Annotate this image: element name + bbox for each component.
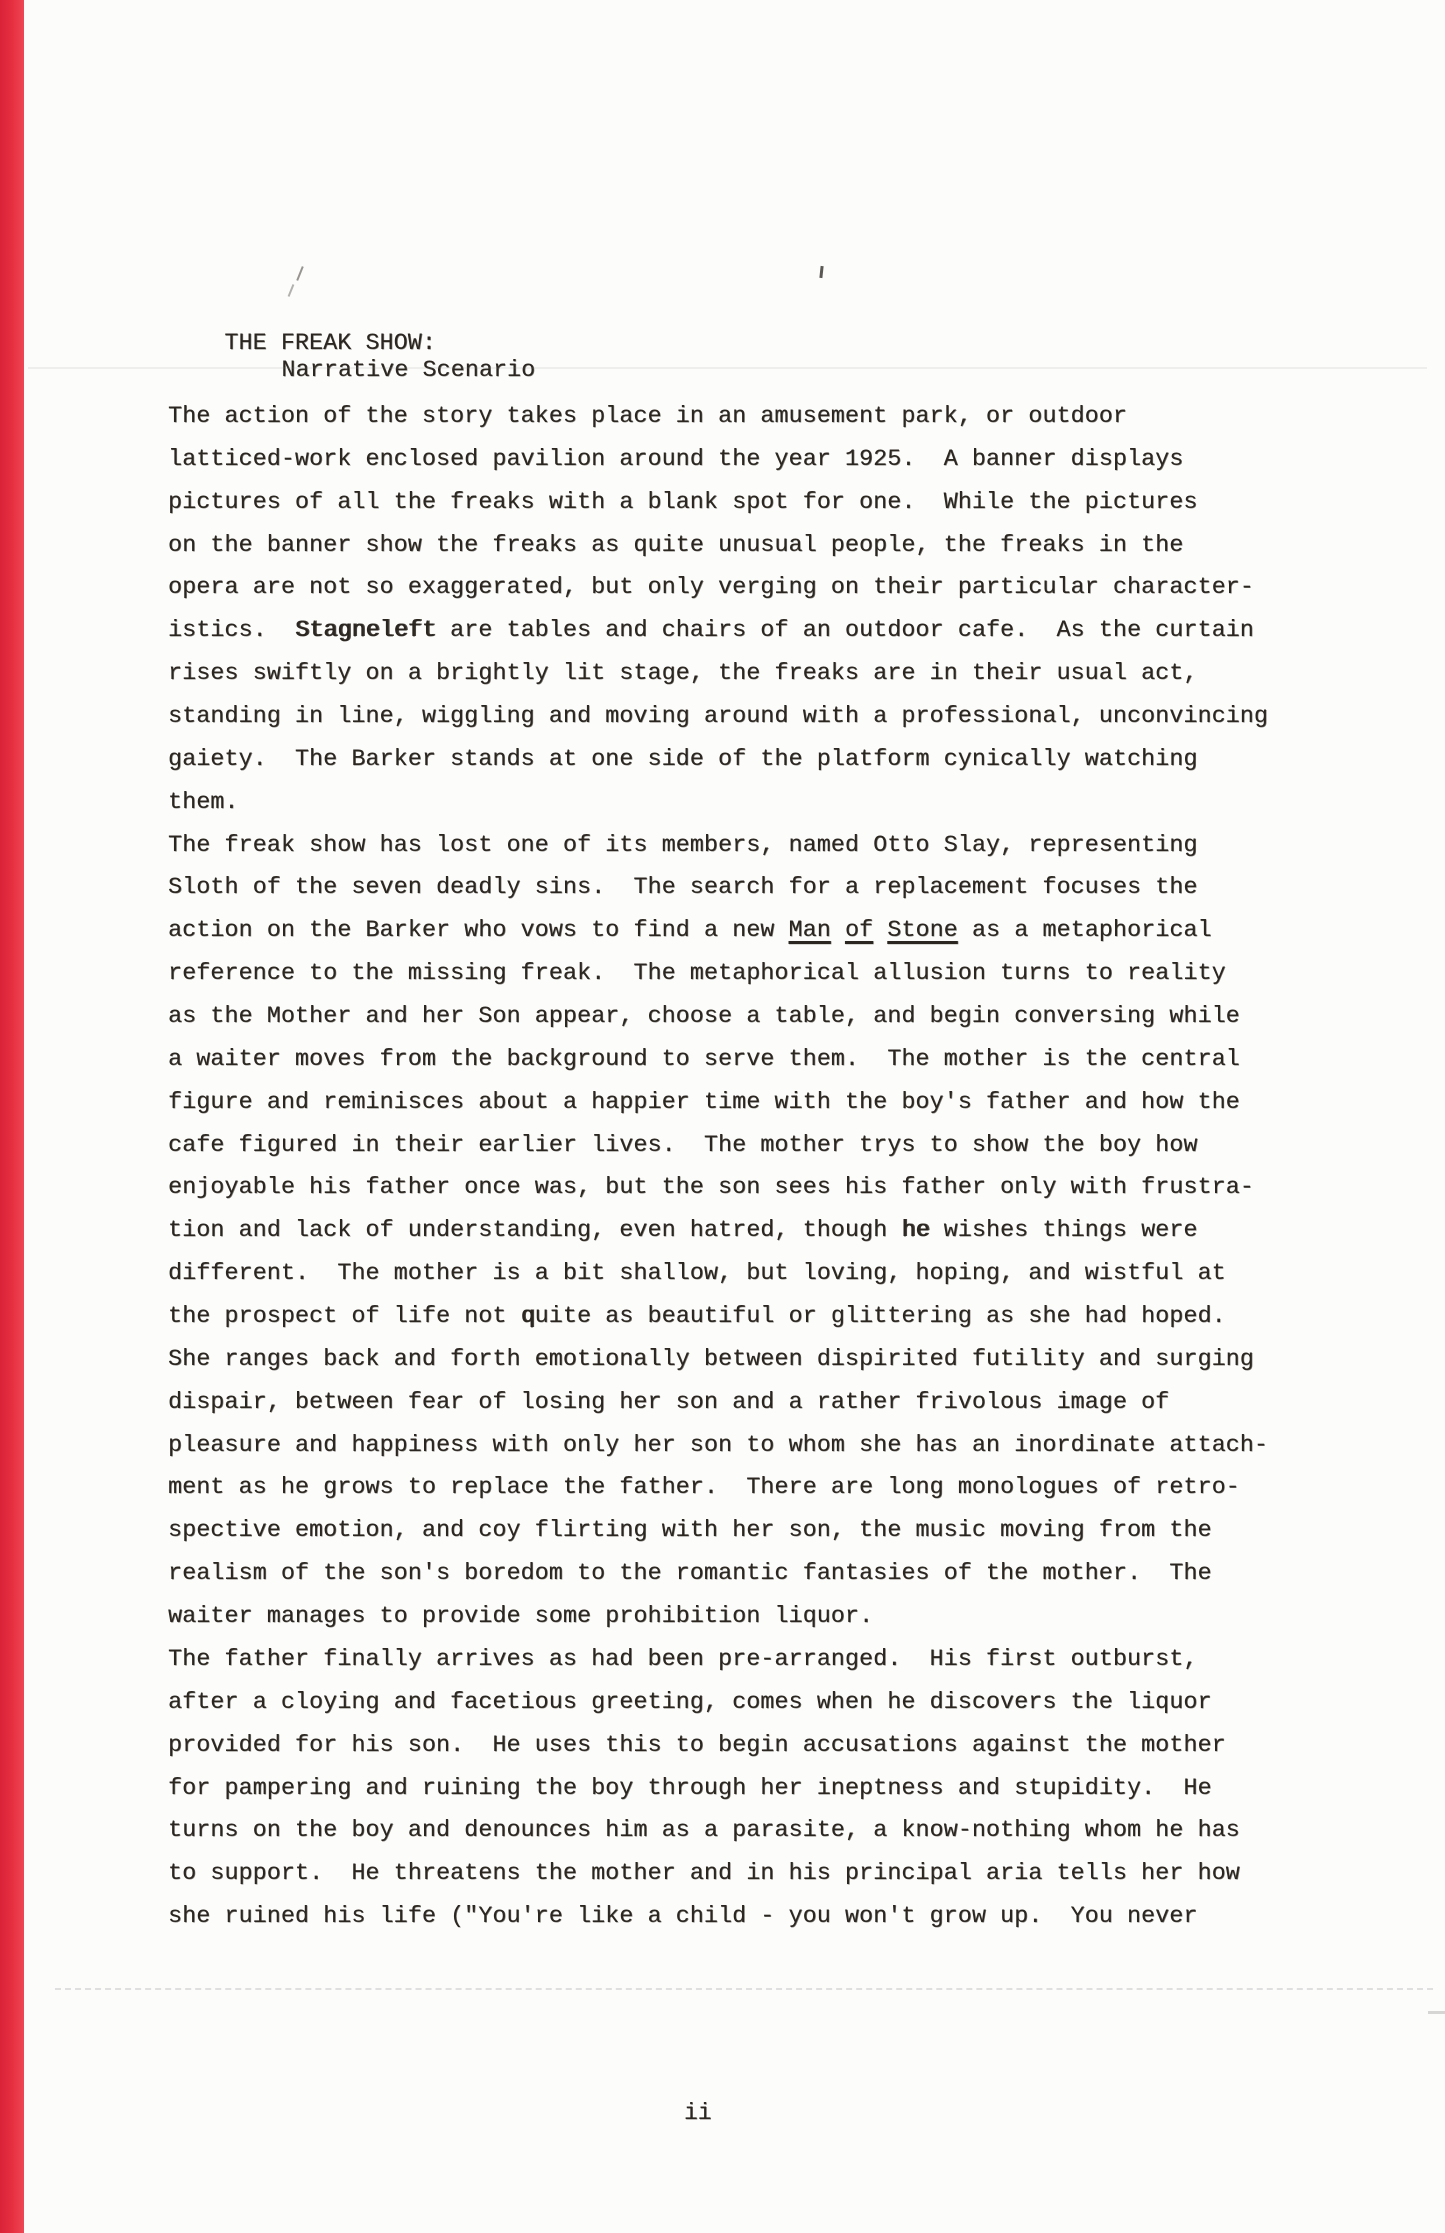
underlined-text: Man — [789, 917, 831, 944]
scan-mark-artifact — [819, 266, 823, 278]
text-segment: spective emotion, and coy flirting with … — [168, 1517, 1212, 1544]
scan-edge-strip — [0, 0, 24, 2233]
text-segment: wishes things were — [930, 1217, 1198, 1244]
text-line: for pampering and ruining the boy throug… — [168, 1768, 1328, 1811]
text-line: on the banner show the freaks as quite u… — [168, 525, 1328, 568]
text-segment: pictures of all the freaks with a blank … — [168, 489, 1197, 516]
text-line: provided for his son. He uses this to be… — [168, 1725, 1328, 1768]
text-segment: the prospect of life not — [168, 1303, 521, 1330]
text-line: realism of the son's boredom to the roma… — [168, 1553, 1328, 1596]
text-segment — [831, 917, 845, 944]
text-segment: standing in line, wiggling and moving ar… — [168, 703, 1268, 730]
scan-mark-artifact — [288, 284, 295, 297]
page-number: ii — [684, 2100, 712, 2126]
text-segment: turns on the boy and denounces him as a … — [168, 1817, 1240, 1844]
scan-dash-artifact — [1428, 2011, 1445, 2014]
text-segment: uite as beautiful or glittering as she h… — [535, 1303, 1226, 1330]
text-segment: action on the Barker who vows to find a … — [168, 917, 789, 944]
text-line: waiter manages to provide some prohibiti… — [168, 1596, 1328, 1639]
text-line: figure and reminisces about a happier ti… — [168, 1082, 1328, 1125]
text-segment: dispair, between fear of losing her son … — [168, 1389, 1169, 1416]
text-segment: rises swiftly on a brightly lit stage, t… — [168, 660, 1197, 687]
underlined-text: of — [845, 917, 873, 944]
scan-dashed-line-artifact — [55, 1988, 1433, 1990]
text-line: as the Mother and her Son appear, choose… — [168, 996, 1328, 1039]
text-segment: as the Mother and her Son appear, choose… — [168, 1003, 1240, 1030]
text-line: them. — [168, 782, 1328, 825]
text-line: pleasure and happiness with only her son… — [168, 1425, 1328, 1468]
title-heading: THE FREAK SHOW: — [224, 330, 436, 357]
page-title: THE FREAK SHOW: Narrative Scenario — [168, 303, 535, 411]
text-segment: latticed-work enclosed pavilion around t… — [168, 446, 1183, 473]
text-segment: she ruined his life ("You're like a chil… — [168, 1903, 1197, 1930]
text-line: She ranges back and forth emotionally be… — [168, 1339, 1328, 1382]
text-line: The father finally arrives as had been p… — [168, 1639, 1328, 1682]
text-line: dispair, between fear of losing her son … — [168, 1382, 1328, 1425]
text-line: cafe figured in their earlier lives. The… — [168, 1125, 1328, 1168]
text-line: ment as he grows to replace the father. … — [168, 1467, 1328, 1510]
text-line: enjoyable his father once was, but the s… — [168, 1167, 1328, 1210]
text-line: action on the Barker who vows to find a … — [168, 910, 1328, 953]
underlined-text: Stone — [887, 917, 958, 944]
text-line: rises swiftly on a brightly lit stage, t… — [168, 653, 1328, 696]
text-line: spective emotion, and coy flirting with … — [168, 1510, 1328, 1553]
text-segment: The father finally arrives as had been p… — [168, 1646, 1197, 1673]
text-segment: them. — [168, 789, 239, 816]
text-line: different. The mother is a bit shallow, … — [168, 1253, 1328, 1296]
text-segment: opera are not so exaggerated, but only v… — [168, 574, 1254, 601]
text-line: to support. He threatens the mother and … — [168, 1853, 1328, 1896]
text-segment — [873, 917, 887, 944]
text-line: gaiety. The Barker stands at one side of… — [168, 739, 1328, 782]
overtyped-text: q — [521, 1303, 535, 1330]
text-line: pictures of all the freaks with a blank … — [168, 482, 1328, 525]
overtyped-text: Stagneleft — [295, 617, 436, 644]
overtyped-text: he — [901, 1217, 929, 1244]
text-line: after a cloying and facetious greeting, … — [168, 1682, 1328, 1725]
text-segment: to support. He threatens the mother and … — [168, 1860, 1240, 1887]
text-segment: The freak show has lost one of its membe… — [168, 832, 1197, 859]
text-line: she ruined his life ("You're like a chil… — [168, 1896, 1328, 1939]
text-line: reference to the missing freak. The meta… — [168, 953, 1328, 996]
text-line: latticed-work enclosed pavilion around t… — [168, 439, 1328, 482]
text-line: The action of the story takes place in a… — [168, 396, 1328, 439]
text-line: Sloth of the seven deadly sins. The sear… — [168, 867, 1328, 910]
text-segment: tion and lack of understanding, even hat… — [168, 1217, 901, 1244]
text-segment: after a cloying and facetious greeting, … — [168, 1689, 1212, 1716]
text-line: tion and lack of understanding, even hat… — [168, 1210, 1328, 1253]
document-body: The action of the story takes place in a… — [168, 396, 1328, 1939]
text-segment: as a metaphorical — [958, 917, 1212, 944]
text-segment: reference to the missing freak. The meta… — [168, 960, 1226, 987]
text-line: istics. Stagneleft are tables and chairs… — [168, 610, 1328, 653]
scan-mark-artifact — [296, 266, 303, 281]
text-segment: are tables and chairs of an outdoor cafe… — [436, 617, 1254, 644]
text-line: opera are not so exaggerated, but only v… — [168, 567, 1328, 610]
text-segment: ment as he grows to replace the father. … — [168, 1474, 1240, 1501]
text-segment: She ranges back and forth emotionally be… — [168, 1346, 1254, 1373]
text-segment: on the banner show the freaks as quite u… — [168, 532, 1183, 559]
text-segment: different. The mother is a bit shallow, … — [168, 1260, 1226, 1287]
text-segment: waiter manages to provide some prohibiti… — [168, 1603, 873, 1630]
text-segment: The action of the story takes place in a… — [168, 403, 1127, 430]
text-line: the prospect of life not quite as beauti… — [168, 1296, 1328, 1339]
text-segment: cafe figured in their earlier lives. The… — [168, 1132, 1197, 1159]
text-segment: pleasure and happiness with only her son… — [168, 1432, 1268, 1459]
text-line: standing in line, wiggling and moving ar… — [168, 696, 1328, 739]
document-page: THE FREAK SHOW: Narrative Scenario The a… — [0, 0, 1445, 2233]
text-segment: istics. — [168, 617, 295, 644]
title-subtitle: Narrative Scenario — [281, 357, 535, 384]
text-segment: for pampering and ruining the boy throug… — [168, 1775, 1212, 1802]
scan-line-artifact — [28, 367, 1427, 369]
text-segment: gaiety. The Barker stands at one side of… — [168, 746, 1197, 773]
text-segment: provided for his son. He uses this to be… — [168, 1732, 1226, 1759]
text-line: turns on the boy and denounces him as a … — [168, 1810, 1328, 1853]
text-segment: figure and reminisces about a happier ti… — [168, 1089, 1240, 1116]
text-segment: realism of the son's boredom to the roma… — [168, 1560, 1212, 1587]
text-segment: enjoyable his father once was, but the s… — [168, 1174, 1254, 1201]
text-segment: Sloth of the seven deadly sins. The sear… — [168, 874, 1197, 901]
text-line: a waiter moves from the background to se… — [168, 1039, 1328, 1082]
text-line: The freak show has lost one of its membe… — [168, 825, 1328, 868]
text-segment: a waiter moves from the background to se… — [168, 1046, 1240, 1073]
